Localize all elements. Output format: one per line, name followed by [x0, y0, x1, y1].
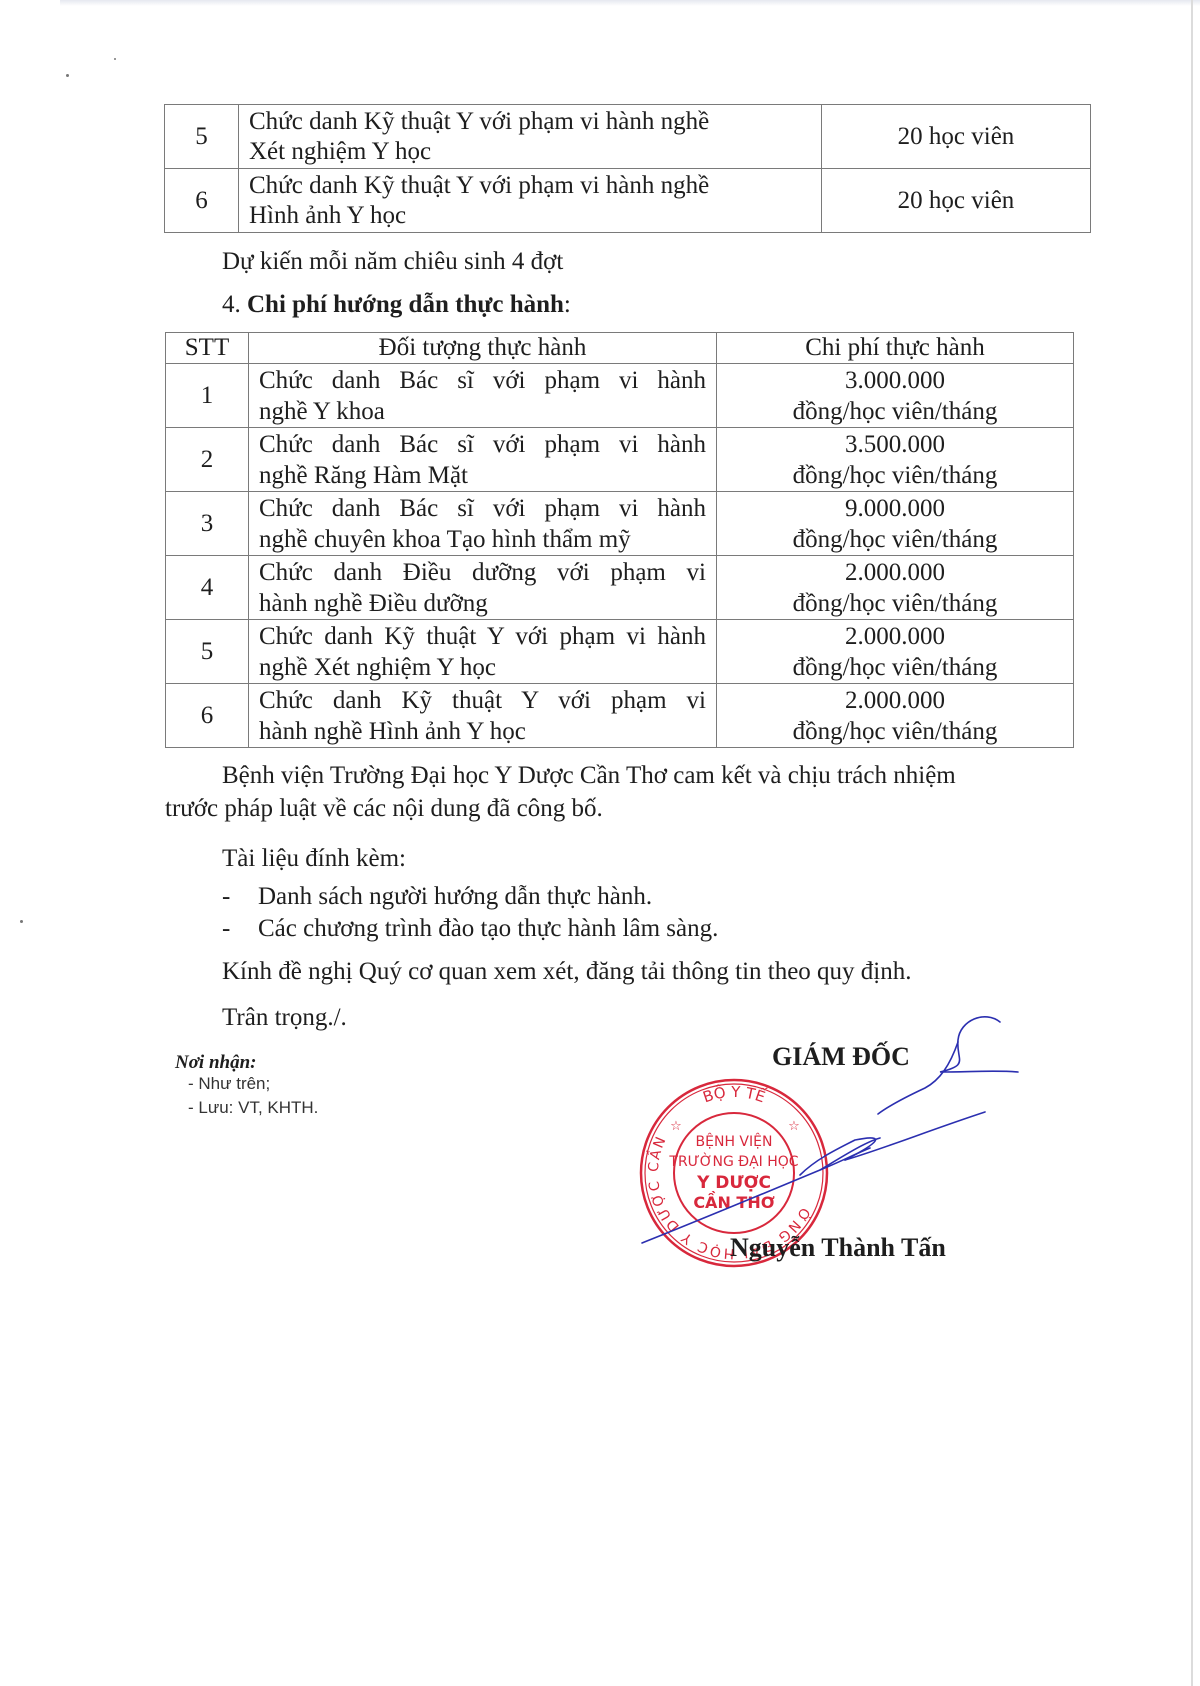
attachment-text: Các chương trình đào tạo thực hành lâm s… — [258, 913, 718, 945]
object-line: Xét nghiệm Y học — [249, 138, 431, 165]
table-row: 2 Chức danh Bác sĩ với phạm vi hànhnghề … — [166, 428, 1074, 492]
handwritten-signature-icon — [640, 1010, 1020, 1250]
cost-cell: 2.000.000đồng/học viên/tháng — [717, 684, 1074, 748]
table-row: 4 Chức danh Điều dưỡng với phạm vihành n… — [166, 556, 1074, 620]
stt-cell: 3 — [166, 492, 249, 556]
cost-unit: đồng/học viên/tháng — [793, 590, 998, 617]
enrollment-note: Dự kiến mỗi năm chiêu sinh 4 đợt — [222, 246, 563, 278]
bullet: - — [222, 883, 230, 910]
recipient-item: - Lưu: VT, KHTH. — [188, 1097, 318, 1119]
cost-unit: đồng/học viên/tháng — [793, 654, 998, 681]
object-line: hành nghề Hình ảnh Y học — [259, 716, 706, 747]
cost-unit: đồng/học viên/tháng — [793, 718, 998, 745]
cost-amount: 2.000.000 — [845, 687, 945, 714]
quantity-cell: 20 học viên — [822, 169, 1091, 233]
cost-amount: 2.000.000 — [845, 559, 945, 586]
stt-cell: 4 — [166, 556, 249, 620]
scan-edge-right — [1191, 0, 1193, 1686]
cost-cell: 3.500.000đồng/học viên/tháng — [717, 428, 1074, 492]
column-header-cost: Chi phí thực hành — [717, 333, 1074, 364]
object-cell: Chức danh Kỹ thuật Y với phạm vihành ngh… — [249, 684, 717, 748]
object-cell: Chức danh Kỹ thuật Y với phạm vi hành ng… — [239, 105, 822, 169]
scan-edge-top — [60, 0, 1200, 6]
object-line: Chức danh Kỹ thuật Y với phạm vi hành ng… — [249, 172, 709, 199]
object-line: Chức danh Kỹ thuật Y với phạm vi — [259, 687, 706, 714]
attachment-text: Danh sách người hướng dẫn thực hành. — [258, 881, 652, 913]
cost-amount: 3.000.000 — [845, 367, 945, 394]
object-cell: Chức danh Bác sĩ với phạm vi hànhnghề Ră… — [249, 428, 717, 492]
stt-cell: 5 — [166, 620, 249, 684]
table-row: 6 Chức danh Kỹ thuật Y với phạm vihành n… — [166, 684, 1074, 748]
closing-text: Trân trọng./. — [222, 1002, 347, 1034]
object-cell: Chức danh Kỹ thuật Y với phạm vi hành ng… — [239, 169, 822, 233]
table-header-row: STT Đối tượng thực hành Chi phí thực hàn… — [166, 333, 1074, 364]
table-row: 5 Chức danh Kỹ thuật Y với phạm vi hành … — [165, 105, 1091, 169]
column-header-stt: STT — [166, 333, 249, 364]
section-colon: : — [564, 291, 571, 318]
scan-speck — [66, 74, 69, 77]
object-line: hành nghề Điều dưỡng — [259, 588, 706, 619]
section-title: Chi phí hướng dẫn thực hành — [247, 291, 564, 318]
object-line: Hình ảnh Y học — [249, 202, 406, 229]
scan-speck — [114, 58, 116, 60]
object-line: Chức danh Bác sĩ với phạm vi hành — [259, 431, 706, 458]
cost-unit: đồng/học viên/tháng — [793, 462, 998, 489]
attachment-item: - Danh sách người hướng dẫn thực hành. — [222, 881, 230, 913]
quantity-cell: 20 học viên — [822, 105, 1091, 169]
cost-cell: 2.000.000đồng/học viên/tháng — [717, 620, 1074, 684]
request-text: Kính đề nghị Quý cơ quan xem xét, đăng t… — [222, 956, 912, 988]
section-number: 4. — [222, 291, 241, 318]
object-line: Chức danh Kỹ thuật Y với phạm vi hành ng… — [249, 108, 709, 135]
commitment-line-2: trước pháp luật về các nội dung đã công … — [165, 793, 603, 825]
commitment-line-1: Bệnh viện Trường Đại học Y Dược Cần Thơ … — [222, 760, 956, 792]
signer-name: Nguyễn Thành Tấn — [730, 1232, 946, 1264]
cost-table: STT Đối tượng thực hành Chi phí thực hàn… — [165, 332, 1074, 748]
object-line: Chức danh Điều dưỡng với phạm vi — [259, 559, 706, 586]
stt-cell: 2 — [166, 428, 249, 492]
object-line: nghề Xét nghiệm Y học — [259, 652, 706, 683]
object-cell: Chức danh Điều dưỡng với phạm vihành ngh… — [249, 556, 717, 620]
table-row: 3 Chức danh Bác sĩ với phạm vi hànhnghề … — [166, 492, 1074, 556]
object-line: nghề Răng Hàm Mặt — [259, 460, 706, 491]
cost-unit: đồng/học viên/tháng — [793, 398, 998, 425]
object-line: nghề chuyên khoa Tạo hình thẩm mỹ — [259, 524, 706, 555]
cost-amount: 2.000.000 — [845, 623, 945, 650]
attachments-label: Tài liệu đính kèm: — [222, 843, 406, 875]
column-header-object: Đối tượng thực hành — [249, 333, 717, 364]
object-line: Chức danh Bác sĩ với phạm vi hành — [259, 367, 706, 394]
enrollment-table: 5 Chức danh Kỹ thuật Y với phạm vi hành … — [164, 104, 1091, 233]
cost-cell: 2.000.000đồng/học viên/tháng — [717, 556, 1074, 620]
object-line: Chức danh Kỹ thuật Y với phạm vi hành — [259, 623, 706, 650]
cost-cell: 3.000.000đồng/học viên/tháng — [717, 364, 1074, 428]
cost-cell: 9.000.000đồng/học viên/tháng — [717, 492, 1074, 556]
object-cell: Chức danh Bác sĩ với phạm vi hànhnghề Y … — [249, 364, 717, 428]
table-row: 1 Chức danh Bác sĩ với phạm vi hànhnghề … — [166, 364, 1074, 428]
bullet: - — [222, 915, 230, 942]
recipient-item: - Như trên; — [188, 1073, 270, 1095]
stt-cell: 5 — [165, 105, 239, 169]
attachment-item: - Các chương trình đào tạo thực hành lâm… — [222, 913, 230, 945]
object-cell: Chức danh Bác sĩ với phạm vi hànhnghề ch… — [249, 492, 717, 556]
table-row: 6 Chức danh Kỹ thuật Y với phạm vi hành … — [165, 169, 1091, 233]
section-heading: 4. Chi phí hướng dẫn thực hành: — [222, 289, 571, 321]
stt-cell: 6 — [166, 684, 249, 748]
stt-cell: 1 — [166, 364, 249, 428]
table-row: 5 Chức danh Kỹ thuật Y với phạm vi hànhn… — [166, 620, 1074, 684]
stt-cell: 6 — [165, 169, 239, 233]
cost-amount: 9.000.000 — [845, 495, 945, 522]
cost-unit: đồng/học viên/tháng — [793, 526, 998, 553]
object-line: Chức danh Bác sĩ với phạm vi hành — [259, 495, 706, 522]
object-cell: Chức danh Kỹ thuật Y với phạm vi hànhngh… — [249, 620, 717, 684]
cost-amount: 3.500.000 — [845, 431, 945, 458]
scan-speck — [20, 920, 23, 923]
object-line: nghề Y khoa — [259, 396, 706, 427]
